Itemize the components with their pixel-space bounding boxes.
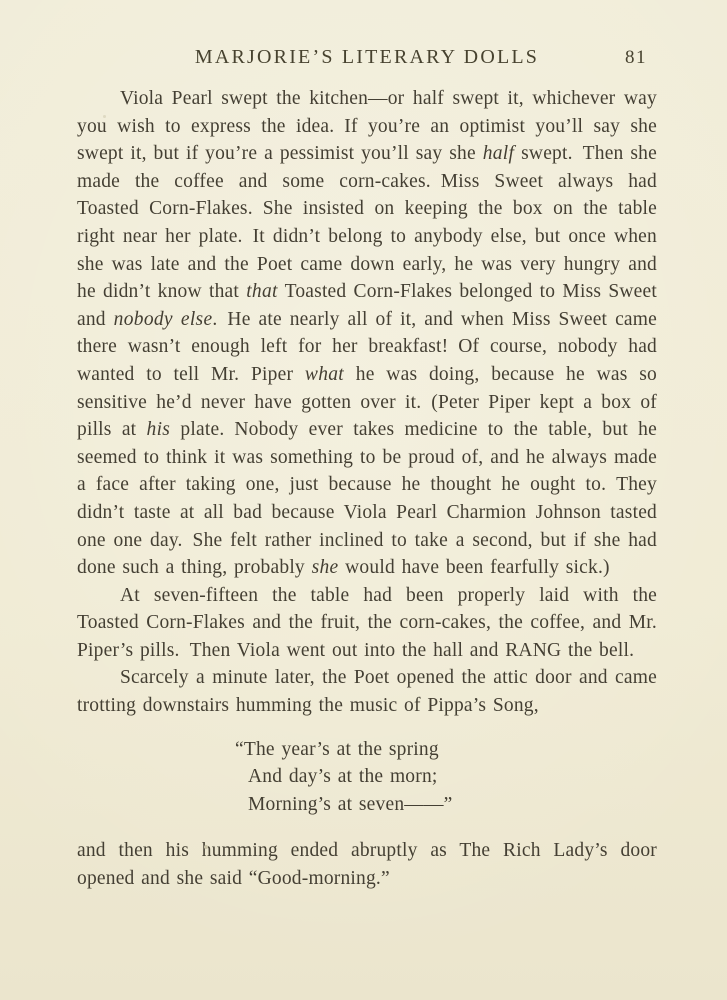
poem-line-1: “The year’s at the spring — [235, 736, 657, 764]
poem-line-3: Morning’s at seven——” — [235, 791, 657, 819]
running-title: MARJORIE’S LITERARY DOLLS — [77, 46, 657, 69]
paragraph-good-morning: and then his humming ended abruptly as T… — [77, 837, 657, 892]
paper-speck — [204, 845, 208, 849]
pippas-song-verse: “The year’s at the spring And day’s at t… — [235, 736, 657, 819]
book-page: MARJORIE’S LITERARY DOLLS 81 Viola Pearl… — [0, 0, 727, 1000]
paragraph-breakfast: Viola Pearl swept the kitchen—or half sw… — [77, 85, 657, 582]
page-text: Viola Pearl swept the kitchen—or half sw… — [77, 85, 657, 893]
paper-speck — [103, 115, 106, 118]
paragraph-poet-descends: Scarcely a minute later, the Poet opened… — [77, 664, 657, 719]
paragraph-table-laid: At seven-fifteen the table had been prop… — [77, 582, 657, 665]
poem-line-2: And day’s at the morn; — [235, 763, 657, 791]
page-header: MARJORIE’S LITERARY DOLLS 81 — [77, 46, 657, 72]
text-column: MARJORIE’S LITERARY DOLLS 81 Viola Pearl… — [77, 46, 657, 893]
page-number: 81 — [625, 47, 647, 69]
